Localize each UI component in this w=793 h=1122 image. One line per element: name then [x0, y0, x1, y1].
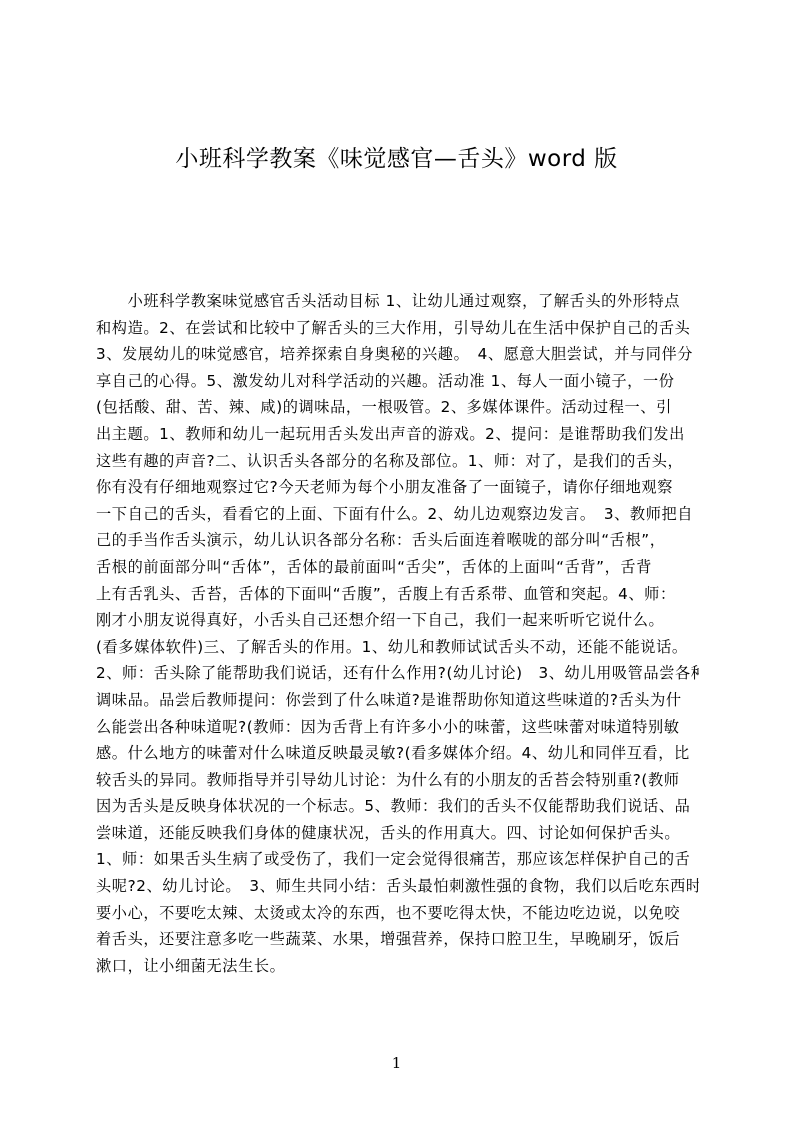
- body-line: 着舌头，还要注意多吃一些蔬菜、水果，增强营养，保持口腔卫生，早晚刷牙，饭后: [96, 926, 699, 953]
- body-line: 享自己的心得。5、激发幼儿对科学活动的兴趣。活动准 1、每人一面小镜子，一份: [96, 368, 699, 395]
- body-line: 一下自己的舌头，看看它的上面、下面有什么。2、幼儿边观察边发言。 3、教师把自: [96, 501, 699, 528]
- body-line: 小班科学教案味觉感官舌头活动目标 1、让幼儿通过观察，了解舌头的外形特点: [96, 288, 699, 315]
- body-line: 己的手当作舌头演示，幼儿认识各部分名称：舌头后面连着喉咙的部分叫“舌根”，: [96, 527, 699, 554]
- body-line: 尝味道，还能反映我们身体的健康状况，舌头的作用真大。四、讨论如何保护舌头。: [96, 820, 699, 847]
- body-line: 头呢?2、幼儿讨论。 3、师生共同小结：舌头最怕刺激性强的食物，我们以后吃东西时: [96, 873, 699, 900]
- body-line: 出主题。1、教师和幼儿一起玩用舌头发出声音的游戏。2、提问：是谁帮助我们发出: [96, 421, 699, 448]
- body-line: 你有没有仔细地观察过它?今天老师为每个小朋友准备了一面镜子，请你仔细地观察: [96, 474, 699, 501]
- body-line: (包括酸、甜、苦、辣、咸)的调味品，一根吸管。2、多媒体课件。活动过程一、引: [96, 394, 699, 421]
- body-line: 3、发展幼儿的味觉感官，培养探索自身奥秘的兴趣。 4、愿意大胆尝试，并与同伴分: [96, 341, 699, 368]
- page-number: 1: [0, 1054, 793, 1072]
- document-title: 小班科学教案《味觉感官—舌头》word 版: [0, 140, 793, 173]
- body-line: 要小心，不要吃太辣、太烫或太冷的东西，也不要吃得太快，不能边吃边说，以免咬: [96, 900, 699, 927]
- body-line: (看多媒体软件)三、了解舌头的作用。1、幼儿和教师试试舌头不动，还能不能说话。: [96, 634, 699, 661]
- body-line: 较舌头的异同。教师指导并引导幼儿讨论：为什么有的小朋友的舌苔会特别重?(教师: [96, 767, 699, 794]
- body-line: 舌根的前面部分叫“舌体”，舌体的最前面叫“舌尖”，舌体的上面叫“舌背”，舌背: [96, 554, 699, 581]
- document-body: 小班科学教案味觉感官舌头活动目标 1、让幼儿通过观察，了解舌头的外形特点 和构造…: [96, 288, 699, 979]
- body-line: 2、师：舌头除了能帮助我们说话，还有什么作用?(幼儿讨论) 3、幼儿用吸管品尝各…: [96, 660, 699, 687]
- body-line: 和构造。2、在尝试和比较中了解舌头的三大作用，引导幼儿在生活中保护自己的舌头: [96, 315, 699, 342]
- body-line: 么能尝出各种味道呢?(教师：因为舌背上有许多小小的味蕾，这些味蕾对味道特别敏: [96, 714, 699, 741]
- body-line: 调味品。品尝后教师提问：你尝到了什么味道?是谁帮助你知道这些味道的?舌头为什: [96, 687, 699, 714]
- body-line: 这些有趣的声音?二、认识舌头各部分的名称及部位。1、师：对了，是我们的舌头，: [96, 448, 699, 475]
- body-line: 1、师：如果舌头生病了或受伤了，我们一定会觉得很痛苦，那应该怎样保护自己的舌: [96, 846, 699, 873]
- body-line: 因为舌头是反映身体状况的一个标志。5、教师：我们的舌头不仅能帮助我们说话、品: [96, 793, 699, 820]
- body-line: 刚才小朋友说得真好，小舌头自己还想介绍一下自己，我们一起来听听它说什么。: [96, 607, 699, 634]
- body-line: 感。什么地方的味蕾对什么味道反映最灵敏?(看多媒体介绍。4、幼儿和同伴互看，比: [96, 740, 699, 767]
- body-line: 漱口，让小细菌无法生长。: [96, 953, 699, 980]
- body-line: 上有舌乳头、舌苔，舌体的下面叫“舌腹”，舌腹上有舌系带、血管和突起。4、师：: [96, 581, 699, 608]
